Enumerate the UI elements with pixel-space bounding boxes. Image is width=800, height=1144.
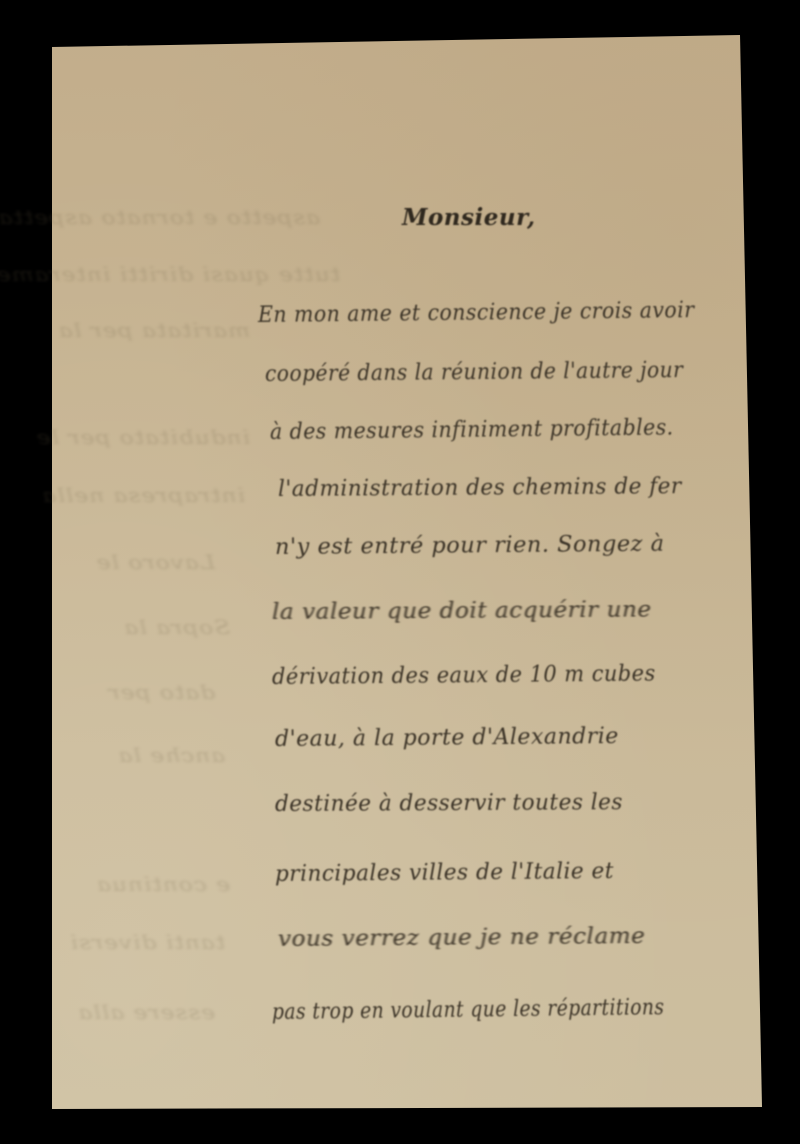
letter-line: n'y est entré pour rien. Songez à <box>275 532 665 560</box>
bleed-through-line: intrapresa nella <box>41 483 245 507</box>
bleed-through-line: indubitato per le <box>36 425 250 449</box>
bleed-through-line: dato per <box>108 680 215 704</box>
bleed-through-line: tanti diversi <box>70 930 225 954</box>
bleed-through-line: Lavoro le <box>96 550 215 574</box>
letter-line: dérivation des eaux de 10 m cubes <box>272 661 656 690</box>
letter-line: la valeur que doit acquérir une <box>272 597 652 625</box>
letter-line: En mon ame et conscience je crois avoir <box>258 298 695 328</box>
letter-line: l'administration des chemins de fer <box>278 474 682 502</box>
letter-line: principales villes de l'Italie et <box>275 859 614 887</box>
bleed-through-line: essere alla <box>77 1000 215 1024</box>
bleed-through-line: e continua <box>96 872 230 896</box>
bleed-through-line: Sopra la <box>123 615 230 639</box>
bleed-through-line: tutte quasi diritti interamente <box>0 262 340 286</box>
letter-line: destinée à desservir toutes les <box>275 790 623 817</box>
letter-line: pas trop en voulant que les répartitions <box>272 995 665 1025</box>
bleed-through-line: anche la <box>118 743 225 767</box>
letter-line: vous verrez que je ne réclame <box>278 924 646 952</box>
letter-line: à des mesures infiniment profitables. <box>270 415 674 445</box>
salutation: Monsieur, <box>402 204 536 231</box>
bleed-through-line: aspetto e tornato aspettando <box>0 205 320 229</box>
letter-line: d'eau, à la porte d'Alexandrie <box>275 724 619 752</box>
bleed-through-line: maritata per la <box>58 318 250 342</box>
letter-line: coopéré dans la réunion de l'autre jour <box>265 358 683 387</box>
